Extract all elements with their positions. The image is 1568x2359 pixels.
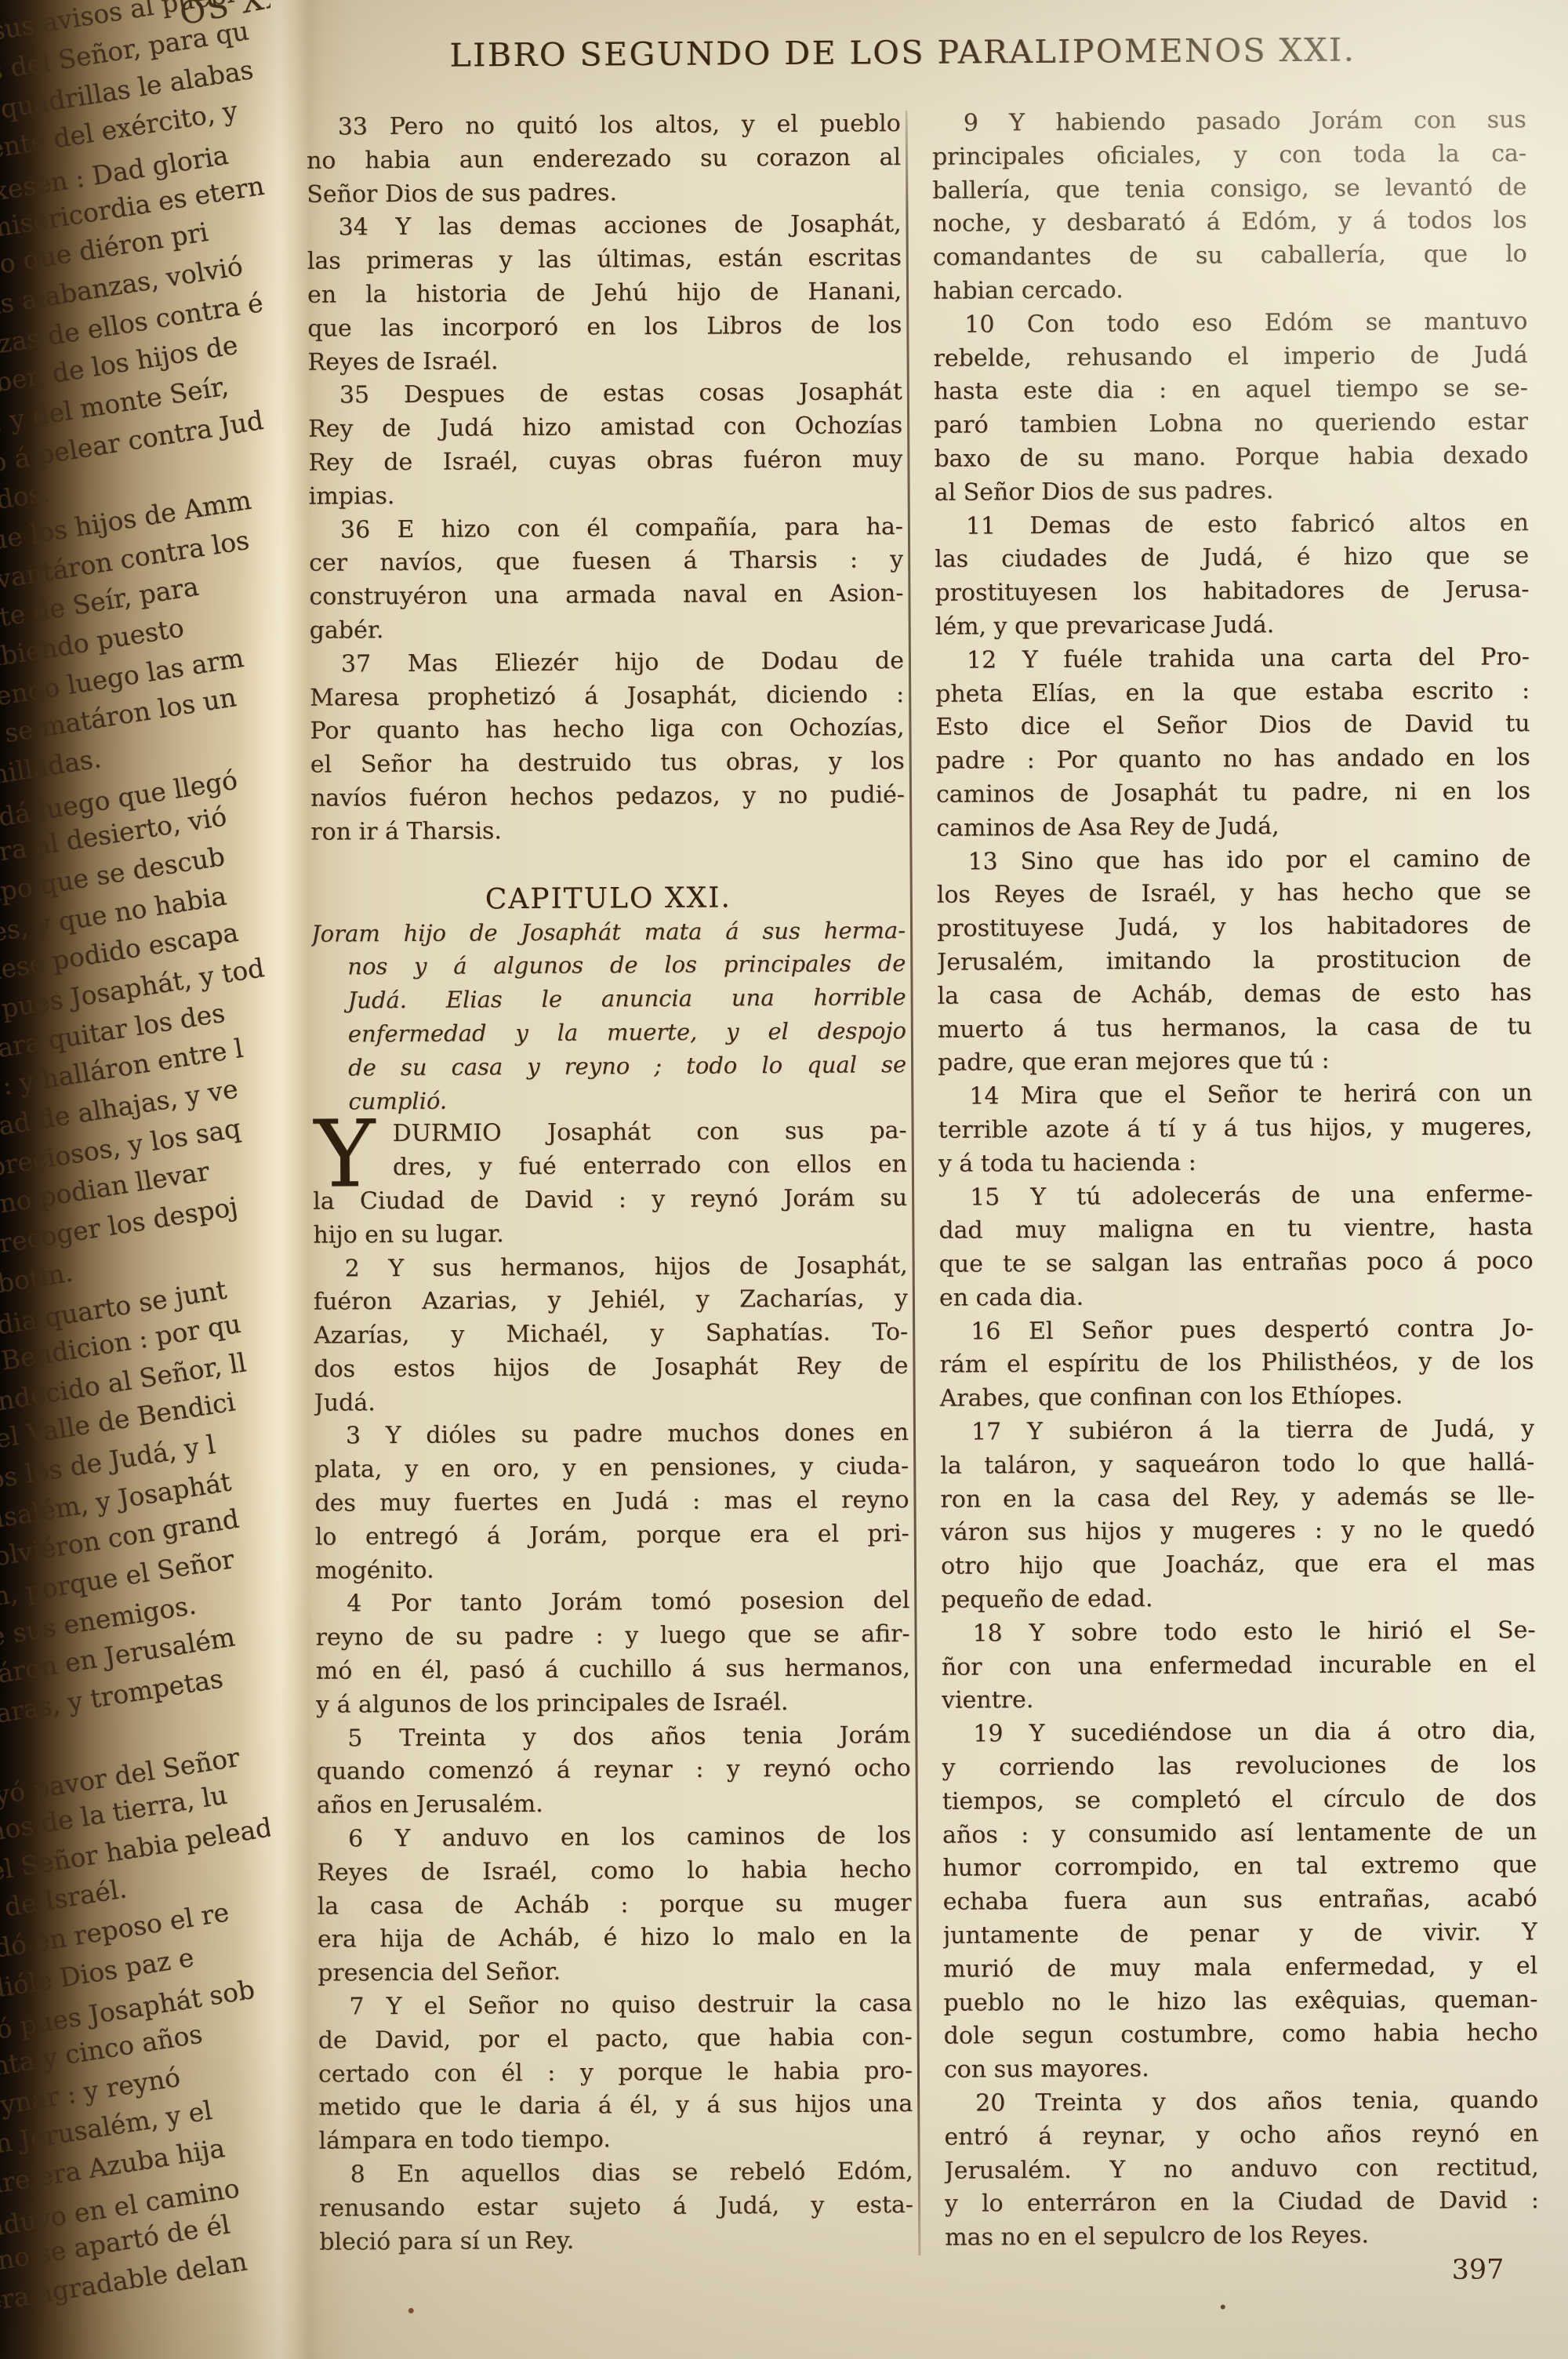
- text-line: cumplió.: [312, 1081, 906, 1118]
- text-line: Judá.: [314, 1383, 909, 1420]
- text-line: cer navíos, que fuesen á Tharsis : y: [309, 543, 903, 580]
- text-line: Joram hijo de Josaphát mata á sus herma-: [311, 914, 906, 951]
- text-line: noche, y desbarató á Edóm, y á todos los: [932, 205, 1526, 242]
- verse-paragraph: 20 Treinta y dos años tenia, quandoentró…: [944, 2084, 1539, 2255]
- text-line: otro hijo que Joacház, que era el mas: [941, 1547, 1535, 1583]
- text-line: 37 Mas Eliezér hijo de Dodau de: [310, 645, 904, 682]
- text-line: padre, que eran mejores que tú :: [938, 1043, 1532, 1080]
- text-line: enfermedad y la muerte, y el despojo: [312, 1014, 906, 1051]
- verse-paragraph: 6 Y anduvo en los caminos de losReyes de…: [317, 1819, 912, 1991]
- text-line: 7 Y el Señor no quiso destruir la casa: [318, 1987, 912, 2024]
- text-line: Maresa prophetizó á Josaphát, diciendo :: [310, 678, 904, 715]
- text-line: reyno de su padre : y luego que se afir-: [315, 1618, 909, 1655]
- page-speck: [1221, 2305, 1225, 2310]
- text-line: renusando estar sujeto á Judá, y esta-: [319, 2189, 913, 2226]
- text-line: y á toda tu hacienda :: [938, 1144, 1533, 1181]
- text-line: el Señor ha destruido tus obras, y los: [310, 745, 905, 782]
- text-line: construyéron una armada naval en Asion-: [309, 577, 903, 614]
- verse-paragraph: 3 Y dióles su padre muchos dones enplata…: [314, 1417, 909, 1589]
- text-line: que las incorporó en los Libros de los: [307, 309, 902, 346]
- verse-paragraph: 9 Y habiendo pasado Jorám con susprincip…: [932, 104, 1528, 308]
- text-line: pheta Elías, en la que estaba escrito :: [935, 674, 1530, 711]
- text-line: la casa de Acháb : porque su muger: [318, 1887, 912, 1924]
- text-line: comandantes de su caballería, que lo: [933, 238, 1527, 274]
- text-line: terrible azote á tí y á tus hijos, y mug…: [938, 1110, 1532, 1147]
- text-line: 9 Y habiendo pasado Jorám con sus: [932, 104, 1526, 140]
- verse-paragraph: 5 Treinta y dos años tenia Jorámquando c…: [316, 1719, 911, 1823]
- text-line: caminos de Asa Rey de Judá,: [936, 809, 1530, 845]
- text-line: las ciudades de Judá, é hizo que se: [935, 540, 1529, 577]
- text-line: 2 Y sus hermanos, hijos de Josaphát,: [314, 1249, 908, 1286]
- verse-paragraph: 37 Mas Eliezér hijo de Dodau deMaresa pr…: [310, 645, 906, 849]
- text-line: prostituyese Judá, y los habitadores de: [937, 909, 1531, 946]
- verse-paragraph: 7 Y el Señor no quiso destruir la casade…: [318, 1987, 913, 2159]
- text-line: hijo en su lugar.: [313, 1216, 907, 1252]
- text-line: quando comenzó á reynar : y reynó ocho: [316, 1752, 910, 1789]
- text-line: 5 Treinta y dos años tenia Jorám: [316, 1719, 910, 1756]
- text-line: pueblo no le hizo las exêquias, queman-: [943, 1983, 1537, 2020]
- text-column-left: 33 Pero no quitó los altos, y el pueblon…: [307, 107, 914, 2259]
- text-line: de su casa y reyno ; todo lo qual se: [312, 1048, 906, 1085]
- text-line: ron ir á Tharsis.: [310, 812, 905, 849]
- text-line: lo entregó á Jorám, porque era el pri-: [315, 1518, 909, 1554]
- text-line: 33 Pero no quitó los altos, y el pueblo: [307, 107, 901, 144]
- text-line: que te se salgan las entrañas poco á poc…: [939, 1245, 1534, 1281]
- right-page: LIBRO SEGUNDO DE LOS PARALIPOMENOS XXI. …: [0, 0, 1568, 2359]
- text-line: juntamente de penar y de vivir. Y: [943, 1916, 1537, 1953]
- text-line: 13 Sino que has ido por el camino de: [936, 842, 1530, 879]
- verse-paragraph: 16 El Señor pues despertó contra Jo-rám …: [939, 1312, 1534, 1416]
- text-line: mas no en el sepulcro de los Reyes.: [945, 2218, 1539, 2255]
- text-line: no habia aun enderezado su corazon al: [307, 141, 901, 178]
- book-photo: OS XX.dió sus avisos al pueblores del Se…: [0, 0, 1568, 2359]
- drop-cap-paragraph: YDURMIO Josaphát con sus pa-dres, y fué …: [313, 1114, 908, 1252]
- text-line: Señor Dios de sus padres.: [307, 175, 901, 212]
- text-line: gabér.: [310, 611, 904, 648]
- chapter-heading: CAPITULO XXI.: [311, 880, 906, 918]
- verse-paragraph: 34 Y las demas acciones de Josaphát,las …: [307, 208, 902, 380]
- text-line: hasta este dia : en aquel tiempo se se-: [934, 373, 1528, 409]
- text-line: y corriendo las revoluciones de los: [942, 1748, 1536, 1785]
- text-line: muerto á tus hermanos, la casa de tu: [938, 1010, 1532, 1047]
- text-line: la casa de Acháb, demas de esto has: [937, 976, 1531, 1013]
- text-line: pequeño de edad.: [941, 1580, 1535, 1617]
- text-line: años en Jerusalém.: [317, 1786, 911, 1823]
- text-line: era hija de Acháb, é hizo lo malo en la: [318, 1920, 912, 1957]
- verse-paragraph: 35 Despues de estas cosas JosaphátRey de…: [308, 376, 903, 514]
- text-line: Rey de Judá hizo amistad con Ochozías: [308, 409, 902, 446]
- text-line: con sus mayores.: [944, 2050, 1538, 2087]
- text-line: en la historia de Jehú hijo de Hanani,: [307, 275, 902, 312]
- text-line: 18 Y sobre todo esto le hirió el Se-: [941, 1614, 1535, 1651]
- text-line: años : y consumido así lentamente de un: [942, 1816, 1537, 1852]
- text-line: en cada dia.: [939, 1278, 1534, 1315]
- text-line: lámpara en todo tiempo.: [318, 2121, 913, 2158]
- text-line: des muy fuertes en Judá : mas el reyno: [314, 1484, 909, 1521]
- text-line: la taláron, y saqueáron todo lo que hall…: [940, 1446, 1534, 1483]
- text-line: Jerusalém, imitando la prostitucion de: [937, 943, 1531, 980]
- text-line: y lo enterráron en la Ciudad de David :: [945, 2185, 1539, 2222]
- text-line: plata, y en oro, y en pensiones, y ciuda…: [314, 1450, 909, 1487]
- text-line: dad muy maligna en tu vientre, hasta: [938, 1211, 1533, 1248]
- text-line: bleció para sí un Rey.: [319, 2223, 913, 2259]
- text-line: 6 Y anduvo en los caminos de los: [317, 1819, 911, 1856]
- text-line: las primeras y las últimas, están escrit…: [307, 242, 902, 278]
- text-line: habian cercado.: [933, 271, 1527, 308]
- text-line: 36 E hizo con él compañía, para ha-: [309, 511, 903, 547]
- text-line: 19 Y sucediéndose un dia á otro dia,: [942, 1714, 1536, 1751]
- text-column-right: 9 Y habiendo pasado Jorám con susprincip…: [932, 104, 1540, 2255]
- text-line: prostituyesen los habitadores de Jerusa-: [935, 573, 1529, 610]
- text-line: fuéron Azarias, y Jehiél, y Zacharías, y: [314, 1282, 908, 1319]
- verse-paragraph: 4 Por tanto Jorám tomó posesion delreyno…: [315, 1585, 910, 1723]
- page-speck: [408, 2308, 414, 2314]
- verse-paragraph: 13 Sino que has ido por el camino delos …: [936, 842, 1532, 1081]
- text-line: Azarías, y Michaél, y Saphatías. To-: [314, 1316, 908, 1353]
- text-line: dole segun costumbre, como habia hecho: [944, 2017, 1538, 2054]
- text-line: caminos de Josaphát tu padre, ni en los: [936, 775, 1530, 812]
- text-line: rebelde, rehusando el imperio de Judá: [933, 339, 1527, 376]
- text-line: Jerusalém. Y no anduvo con rectitud,: [945, 2151, 1539, 2188]
- text-line: paró tambien Lobna no queriendo estar: [934, 405, 1528, 442]
- text-line: rám el espíritu de los Philisthéos, y de…: [939, 1346, 1534, 1383]
- text-line: ron en la casa del Rey, y además se lle-: [940, 1480, 1534, 1517]
- text-line: 12 Y fuéle trahida una carta del Pro-: [935, 641, 1530, 678]
- text-line: dos estos hijos de Josaphát Rey de: [314, 1350, 908, 1387]
- text-line: 8 En aquellos dias se rebeló Edóm,: [319, 2155, 913, 2192]
- text-line: impias.: [309, 477, 903, 514]
- text-line: Reyes de Israél.: [307, 343, 902, 380]
- verse-paragraph: 8 En aquellos dias se rebeló Edóm,renusa…: [319, 2155, 914, 2259]
- text-line: navíos fuéron hechos pedazos, y no pudié…: [310, 779, 905, 816]
- text-line: la Ciudad de David : y reynó Jorám su: [313, 1182, 907, 1219]
- drop-cap: Y: [314, 1122, 376, 1185]
- verse-paragraph: 19 Y sucediéndose un dia á otro dia,y co…: [942, 1714, 1538, 2087]
- verse-paragraph: 11 Demas de esto fabricó altos enlas ciu…: [935, 507, 1530, 645]
- text-line: lém, y que prevaricase Judá.: [935, 607, 1530, 644]
- text-line: ballería, que tenia consigo, se levantó …: [932, 171, 1526, 208]
- text-line: padre : Por quanto no has andado en los: [936, 741, 1530, 778]
- text-line: Arabes, que confinan con los Ethíopes.: [940, 1379, 1534, 1416]
- text-line: 15 Y tú adolecerás de una enferme-: [938, 1178, 1533, 1215]
- page-number: 397: [1292, 2254, 1504, 2287]
- text-line: los Reyes de Israél, y has hecho que se: [937, 876, 1531, 913]
- verse-paragraph: 10 Con todo eso Edóm se mantuvorebelde, …: [933, 305, 1529, 510]
- text-line: presencia del Señor.: [318, 1954, 912, 1990]
- text-line: DURMIO Josaphát con sus pa-: [313, 1114, 907, 1151]
- text-line: 17 Y subiéron á la tierra de Judá, y: [940, 1412, 1534, 1449]
- text-line: ñor con una enfermedad incurable en el: [942, 1648, 1536, 1685]
- verse-paragraph: 36 E hizo con él compañía, para ha-cer n…: [309, 511, 904, 649]
- text-line: principales oficiales, y con toda la ca-: [932, 137, 1526, 174]
- text-line: Reyes de Israél, como lo habia hecho: [317, 1853, 911, 1890]
- text-line: de David, por el pacto, que habia con-: [318, 2021, 913, 2058]
- text-line: vientre.: [942, 1681, 1536, 1718]
- text-line: entró á reynar, y ocho años reynó en: [944, 2117, 1538, 2154]
- verse-paragraph: 17 Y subiéron á la tierra de Judá, yla t…: [940, 1412, 1536, 1617]
- text-line: 10 Con todo eso Edóm se mantuvo: [933, 305, 1527, 342]
- text-line: váron sus hijos y mugeres : y no le qued…: [941, 1514, 1535, 1550]
- text-line: y á algunos de los principales de Israél…: [316, 1685, 910, 1722]
- text-line: dres, y fué enterrado con ellos en: [313, 1148, 907, 1185]
- text-line: al Señor Dios de sus padres.: [935, 473, 1529, 510]
- text-line: 16 El Señor pues despertó contra Jo-: [939, 1312, 1534, 1349]
- text-line: mó en él, pasó á cuchillo á sus hermanos…: [316, 1652, 910, 1688]
- verse-paragraph: 15 Y tú adolecerás de una enferme-dad mu…: [938, 1178, 1534, 1316]
- verse-paragraph: 14 Mira que el Señor te herirá con unter…: [938, 1077, 1533, 1181]
- text-line: tiempos, se completó el círculo de dos: [942, 1782, 1537, 1819]
- text-line: murió de muy mala enfermedad, y el: [943, 1950, 1537, 1986]
- verse-paragraph: 33 Pero no quitó los altos, y el pueblon…: [307, 107, 902, 212]
- verse-paragraph: 12 Y fuéle trahida una carta del Pro-phe…: [935, 641, 1531, 845]
- text-line: echaba fuera aun sus entrañas, acabó: [943, 1882, 1537, 1919]
- text-line: 34 Y las demas acciones de Josaphát,: [307, 208, 901, 245]
- text-line: 14 Mira que el Señor te herirá con un: [938, 1077, 1532, 1114]
- text-line: certado con él : y porque le habia pro-: [318, 2055, 913, 2092]
- text-line: 3 Y dióles su padre muchos dones en: [314, 1417, 909, 1454]
- text-line: Judá. Elias le anuncia una horrible: [311, 980, 906, 1017]
- text-line: Esto dice el Señor Dios de David tu: [935, 708, 1530, 745]
- text-line: 20 Treinta y dos años tenia, quando: [944, 2084, 1538, 2121]
- verse-paragraph: 18 Y sobre todo esto le hirió el Se-ñor …: [941, 1614, 1536, 1718]
- text-line: 35 Despues de estas cosas Josaphát: [308, 376, 902, 413]
- text-line: nos y á algunos de los principales de: [311, 947, 906, 983]
- text-line: 4 Por tanto Jorám tomó posesion del: [315, 1585, 909, 1622]
- text-line: mogénito.: [315, 1551, 909, 1588]
- text-line: humor corrompido, en tal extremo que: [942, 1849, 1537, 1886]
- chapter-summary: Joram hijo de Josaphát mata á sus herma-…: [311, 914, 907, 1118]
- text-line: Por quanto has hecho liga con Ochozías,: [310, 711, 904, 748]
- running-header: LIBRO SEGUNDO DE LOS PARALIPOMENOS XXI.: [307, 30, 1498, 75]
- text-line: metido que le daria á él, y á sus hijos …: [318, 2088, 913, 2125]
- text-line: 11 Demas de esto fabricó altos en: [935, 507, 1529, 543]
- verse-paragraph: 2 Y sus hermanos, hijos de Josaphát,fuér…: [314, 1249, 909, 1421]
- text-line: baxo de su mano. Porque habia dexado: [934, 439, 1528, 476]
- text-line: Rey de Israél, cuyas obras fuéron muy: [308, 443, 902, 480]
